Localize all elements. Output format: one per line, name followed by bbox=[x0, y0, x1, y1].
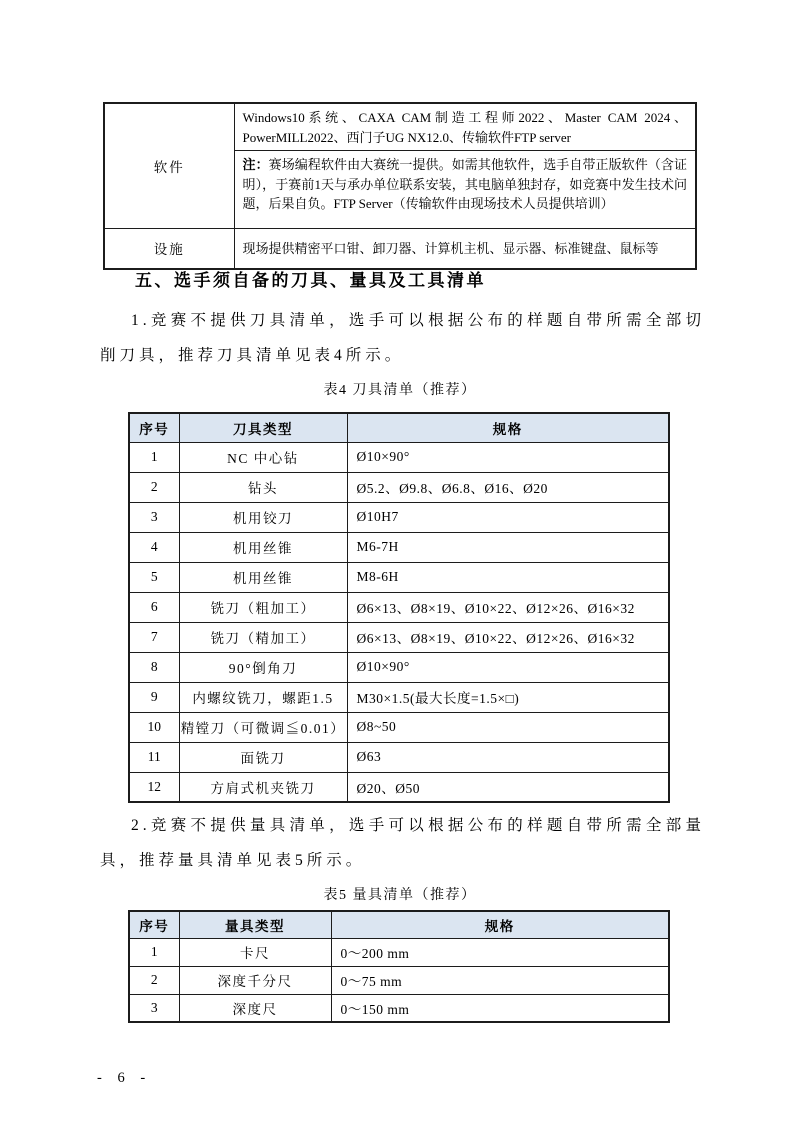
column-header: 规格 bbox=[331, 911, 669, 938]
paragraph-cutting-tools: 1.竞赛不提供刀具清单，选手可以根据公布的样题自带所需全部切削刀具，推荐刀具清单… bbox=[100, 303, 705, 373]
paragraph-measuring-tools: 2.竞赛不提供量具清单，选手可以根据公布的样题自带所需全部量具，推荐量具清单见表… bbox=[100, 808, 705, 878]
table-cell: Ø20、Ø50 bbox=[347, 772, 669, 802]
table-cell: Ø10H7 bbox=[347, 502, 669, 532]
table-cell: 7 bbox=[129, 622, 179, 652]
table-cell: Ø63 bbox=[347, 742, 669, 772]
table-cell: Ø5.2、Ø9.8、Ø6.8、Ø16、Ø20 bbox=[347, 472, 669, 502]
column-header: 规格 bbox=[347, 413, 669, 442]
table-cell: 10 bbox=[129, 712, 179, 742]
table-cell: 5 bbox=[129, 562, 179, 592]
table5-caption: 表5 量具清单（推荐） bbox=[100, 884, 700, 904]
table-cell: 内螺纹铣刀，螺距1.5 bbox=[179, 682, 347, 712]
table-cell: 机用丝锥 bbox=[179, 532, 347, 562]
table-cell: 1 bbox=[129, 938, 179, 966]
table-row: 890°倒角刀Ø10×90° bbox=[129, 652, 669, 682]
table-cell: 3 bbox=[129, 994, 179, 1022]
cutting-tool-table: 序号刀具类型规格1NC 中心钻Ø10×90°2钻头Ø5.2、Ø9.8、Ø6.8、… bbox=[128, 412, 670, 803]
software-note-cell: 注：赛场编程软件由大赛统一提供。如需其他软件，选手自带正版软件（含证明），于赛前… bbox=[234, 151, 696, 229]
table-cell: 机用丝锥 bbox=[179, 562, 347, 592]
table-row: 6铣刀（粗加工）Ø6×13、Ø8×19、Ø10×22、Ø12×26、Ø16×32 bbox=[129, 592, 669, 622]
table-cell: 0～75 mm bbox=[331, 966, 669, 994]
table-row: 3机用铰刀Ø10H7 bbox=[129, 502, 669, 532]
table-cell: 方肩式机夹铣刀 bbox=[179, 772, 347, 802]
column-header: 序号 bbox=[129, 413, 179, 442]
table-cell: Ø10×90° bbox=[347, 442, 669, 472]
table-cell: 0～150 mm bbox=[331, 994, 669, 1022]
table-row: 2钻头Ø5.2、Ø9.8、Ø6.8、Ø16、Ø20 bbox=[129, 472, 669, 502]
page-number: - 6 - bbox=[97, 1070, 148, 1087]
table-row: 1卡尺0～200 mm bbox=[129, 938, 669, 966]
table-cell: 精镗刀（可微调≦0.01） bbox=[179, 712, 347, 742]
table-cell: 0～200 mm bbox=[331, 938, 669, 966]
table-row: 4机用丝锥M6-7H bbox=[129, 532, 669, 562]
table-cell: 钻头 bbox=[179, 472, 347, 502]
table-row: 10精镗刀（可微调≦0.01）Ø8~50 bbox=[129, 712, 669, 742]
table-cell: 3 bbox=[129, 502, 179, 532]
table-cell: M30×1.5(最大长度=1.5×□) bbox=[347, 682, 669, 712]
table-cell: 深度尺 bbox=[179, 994, 331, 1022]
table-row: 设施 现场提供精密平口钳、卸刀器、计算机主机、显示器、标准键盘、鼠标等 bbox=[104, 229, 696, 269]
software-programs-cell: Windows10系统、CAXA CAM制造工程师2022、Master CAM… bbox=[234, 103, 696, 151]
table-cell: 面铣刀 bbox=[179, 742, 347, 772]
column-header: 量具类型 bbox=[179, 911, 331, 938]
software-facilities-table: 软件 Windows10系统、CAXA CAM制造工程师2022、Master … bbox=[103, 102, 697, 270]
table-row: 7铣刀（精加工）Ø6×13、Ø8×19、Ø10×22、Ø12×26、Ø16×32 bbox=[129, 622, 669, 652]
table-cell: 4 bbox=[129, 532, 179, 562]
facilities-row-label: 设施 bbox=[104, 229, 234, 269]
table-row: 2深度千分尺0～75 mm bbox=[129, 966, 669, 994]
table-cell: 深度千分尺 bbox=[179, 966, 331, 994]
table-row: 9内螺纹铣刀，螺距1.5M30×1.5(最大长度=1.5×□) bbox=[129, 682, 669, 712]
header-row: 序号刀具类型规格 bbox=[129, 413, 669, 442]
table-cell: 12 bbox=[129, 772, 179, 802]
table-row: 11面铣刀Ø63 bbox=[129, 742, 669, 772]
table-cell: 铣刀（精加工） bbox=[179, 622, 347, 652]
table-cell: 2 bbox=[129, 472, 179, 502]
table-row: 3深度尺0～150 mm bbox=[129, 994, 669, 1022]
table-cell: Ø10×90° bbox=[347, 652, 669, 682]
table-cell: Ø6×13、Ø8×19、Ø10×22、Ø12×26、Ø16×32 bbox=[347, 622, 669, 652]
software-row-label: 软件 bbox=[104, 103, 234, 229]
measuring-tool-table: 序号量具类型规格1卡尺0～200 mm2深度千分尺0～75 mm3深度尺0～15… bbox=[128, 910, 670, 1023]
table-cell: 机用铰刀 bbox=[179, 502, 347, 532]
table-cell: M8-6H bbox=[347, 562, 669, 592]
header-row: 序号量具类型规格 bbox=[129, 911, 669, 938]
note-prefix: 注： bbox=[243, 157, 269, 172]
table-row: 软件 Windows10系统、CAXA CAM制造工程师2022、Master … bbox=[104, 103, 696, 151]
column-header: 刀具类型 bbox=[179, 413, 347, 442]
table-cell: 2 bbox=[129, 966, 179, 994]
table-cell: 90°倒角刀 bbox=[179, 652, 347, 682]
table-cell: Ø6×13、Ø8×19、Ø10×22、Ø12×26、Ø16×32 bbox=[347, 592, 669, 622]
table-cell: 卡尺 bbox=[179, 938, 331, 966]
table-row: 1NC 中心钻Ø10×90° bbox=[129, 442, 669, 472]
table-cell: 11 bbox=[129, 742, 179, 772]
note-body: 赛场编程软件由大赛统一提供。如需其他软件，选手自带正版软件（含证明），于赛前1天… bbox=[243, 157, 688, 211]
table-cell: Ø8~50 bbox=[347, 712, 669, 742]
table-row: 12方肩式机夹铣刀Ø20、Ø50 bbox=[129, 772, 669, 802]
facilities-cell: 现场提供精密平口钳、卸刀器、计算机主机、显示器、标准键盘、鼠标等 bbox=[234, 229, 696, 269]
table-cell: NC 中心钻 bbox=[179, 442, 347, 472]
table-cell: M6-7H bbox=[347, 532, 669, 562]
table4-caption: 表4 刀具清单（推荐） bbox=[100, 379, 700, 399]
table-cell: 6 bbox=[129, 592, 179, 622]
column-header: 序号 bbox=[129, 911, 179, 938]
table-cell: 铣刀（粗加工） bbox=[179, 592, 347, 622]
table-cell: 9 bbox=[129, 682, 179, 712]
section-heading: 五、选手须自备的刀具、量具及工具清单 bbox=[135, 266, 486, 291]
table-cell: 1 bbox=[129, 442, 179, 472]
table-row: 5机用丝锥M8-6H bbox=[129, 562, 669, 592]
table-cell: 8 bbox=[129, 652, 179, 682]
